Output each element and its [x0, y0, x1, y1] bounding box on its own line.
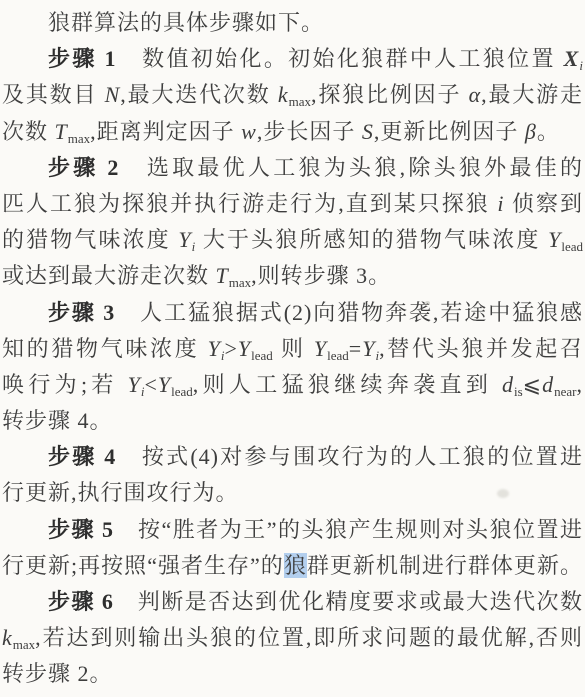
text-line: 步骤 3 人工猛狼据式(2)向猎物奔袭,若途中猛狼感: [2, 295, 583, 331]
text-segment: <: [144, 372, 157, 397]
text-segment: 大于头狼所感知的猎物气味浓度: [195, 227, 548, 252]
text-segment: 判断是否达到优化精度要求或最大迭代次数: [114, 589, 583, 614]
text-segment: 行更新;再按照“强者生存”的: [2, 553, 284, 578]
text-segment: 次数: [2, 119, 55, 144]
text-segment: 群更新机制进行群体更新。: [307, 553, 583, 578]
step-label: 步骤 6: [48, 589, 114, 614]
text-segment: 唤行为;若: [2, 372, 128, 397]
text-segment: max: [229, 275, 251, 290]
text-line: 唤行为;若 Yi<Ylead,则人工猛狼继续奔袭直到 dis⩽dnear,: [2, 367, 583, 403]
text-segment: 人工猛狼据式(2)向猎物奔袭,若途中猛狼感: [115, 300, 583, 325]
text-segment: 按式(4)对参与围攻行为的人工狼的位置进: [116, 444, 583, 469]
text-segment: ,则人工猛狼继续奔袭直到: [193, 372, 502, 397]
text-segment: X: [564, 46, 580, 71]
text-segment: 选取最优人工狼为头狼,除头狼外最佳的: [119, 155, 583, 180]
text-segment: 数值初始化。初始化狼群中人工狼位置: [117, 46, 564, 71]
text-segment: Y: [362, 336, 375, 361]
text-segment: ,探狼比例因子: [311, 82, 469, 107]
text-segment: ⩽: [523, 372, 542, 397]
text-segment: 侦察到: [504, 191, 583, 216]
text-segment: 行更新,执行围攻行为。: [2, 480, 239, 505]
document-page: 狼群算法的具体步骤如下。步骤 1 数值初始化。初始化狼群中人工狼位置 Xi及其数…: [0, 0, 585, 693]
text-segment: max: [13, 637, 35, 652]
text-segment: w: [241, 119, 257, 144]
text-segment: ,则转步骤 3。: [251, 263, 391, 288]
highlighted-text: 狼: [284, 553, 307, 578]
text-line: 狼群算法的具体步骤如下。: [2, 5, 583, 41]
text-segment: k: [278, 82, 289, 107]
text-line: 的猎物气味浓度 Yi 大于头狼所感知的猎物气味浓度 Ylead: [2, 222, 583, 258]
text-line: 步骤 2 选取最优人工狼为头狼,除头狼外最佳的 S_num: [2, 150, 583, 186]
text-segment: 知的猎物气味浓度: [2, 336, 208, 361]
text-line: 知的猎物气味浓度 Yi>Ylead 则 Ylead=Yi,替代头狼并发起召: [2, 331, 583, 367]
text-segment: 匹人工狼为探狼并执行游走行为,直到某只探狼: [2, 191, 497, 216]
text-segment: 或达到最大游走次数: [2, 263, 216, 288]
text-segment: ,替代头狼并发起召: [379, 336, 583, 361]
text-segment: =: [349, 336, 362, 361]
text-segment: lead: [251, 348, 273, 363]
text-segment: ,距离判定因子: [90, 119, 241, 144]
text-segment: 。: [537, 119, 560, 144]
step-label: 步骤 4: [48, 444, 116, 469]
text-segment: Y: [238, 336, 251, 361]
text-segment: Y: [158, 372, 171, 397]
step-label: 步骤 3: [48, 300, 115, 325]
text-line: 转步骤 2。: [2, 656, 583, 692]
text-segment: max: [68, 131, 90, 146]
text-line: 次数 Tmax,距离判定因子 w,步长因子 S,更新比例因子 β。: [2, 114, 583, 150]
text-segment: T: [55, 119, 68, 144]
text-segment: max: [289, 94, 311, 109]
text-line: kmax,若达到则输出头狼的位置,即所求问题的最优解,否则: [2, 620, 583, 656]
text-segment: is: [514, 384, 523, 399]
text-segment: 转步骤 4。: [2, 408, 113, 433]
text-segment: 的猎物气味浓度: [2, 227, 178, 252]
text-segment: Y: [128, 372, 141, 397]
text-segment: 及其数目: [2, 82, 105, 107]
text-line: 行更新;再按照“强者生存”的狼群更新机制进行群体更新。: [2, 548, 583, 584]
text-segment: T: [216, 263, 229, 288]
text-segment: α: [469, 82, 482, 107]
text-segment: ,若达到则输出头狼的位置,即所求问题的最优解,否则: [35, 625, 583, 650]
text-line: 匹人工狼为探狼并执行游走行为,直到某只探狼 i 侦察到: [2, 186, 583, 222]
text-segment: ,最大迭代次数: [120, 82, 278, 107]
text-line: 或达到最大游走次数 Tmax,则转步骤 3。: [2, 258, 583, 294]
text-segment: ,最大游走: [481, 82, 583, 107]
text-segment: lead: [171, 384, 193, 399]
text-segment: Y: [548, 227, 561, 252]
text-segment: S: [362, 119, 374, 144]
text-segment: i: [579, 58, 583, 73]
step-label: 步骤 5: [48, 517, 114, 542]
step-label: 步骤 1: [48, 46, 117, 71]
text-segment: lead: [327, 348, 349, 363]
text-segment: 则: [273, 336, 314, 361]
text-segment: N: [105, 82, 121, 107]
text-line: 步骤 5 按“胜者为王”的头狼产生规则对头狼位置进: [2, 512, 583, 548]
text-line: 行更新,执行围攻行为。: [2, 475, 583, 511]
text-line: 步骤 6 判断是否达到优化精度要求或最大迭代次数: [2, 584, 583, 620]
text-segment: >: [224, 336, 237, 361]
text-segment: 转步骤 2。: [2, 661, 113, 686]
text-segment: Y: [314, 336, 327, 361]
text-segment: β: [525, 119, 537, 144]
text-segment: lead: [561, 239, 583, 254]
text-segment: 狼群算法的具体步骤如下。: [48, 10, 324, 35]
text-segment: d: [542, 372, 554, 397]
text-line: 步骤 1 数值初始化。初始化狼群中人工狼位置 Xi: [2, 41, 583, 77]
text-segment: Y: [178, 227, 191, 252]
text-line: 步骤 4 按式(4)对参与围攻行为的人工狼的位置进: [2, 439, 583, 475]
step-label: 步骤 2: [48, 155, 119, 180]
text-segment: 按“胜者为王”的头狼产生规则对头狼位置进: [114, 517, 583, 542]
text-segment: d: [502, 372, 514, 397]
text-segment: near: [554, 384, 576, 399]
text-line: 转步骤 4。: [2, 403, 583, 439]
text-segment: k: [2, 625, 13, 650]
text-line: 及其数目 N,最大迭代次数 kmax,探狼比例因子 α,最大游走: [2, 77, 583, 113]
text-segment: ,步长因子: [257, 119, 362, 144]
text-segment: ,更新比例因子: [374, 119, 525, 144]
text-segment: ,: [576, 372, 583, 397]
text-segment: Y: [208, 336, 221, 361]
